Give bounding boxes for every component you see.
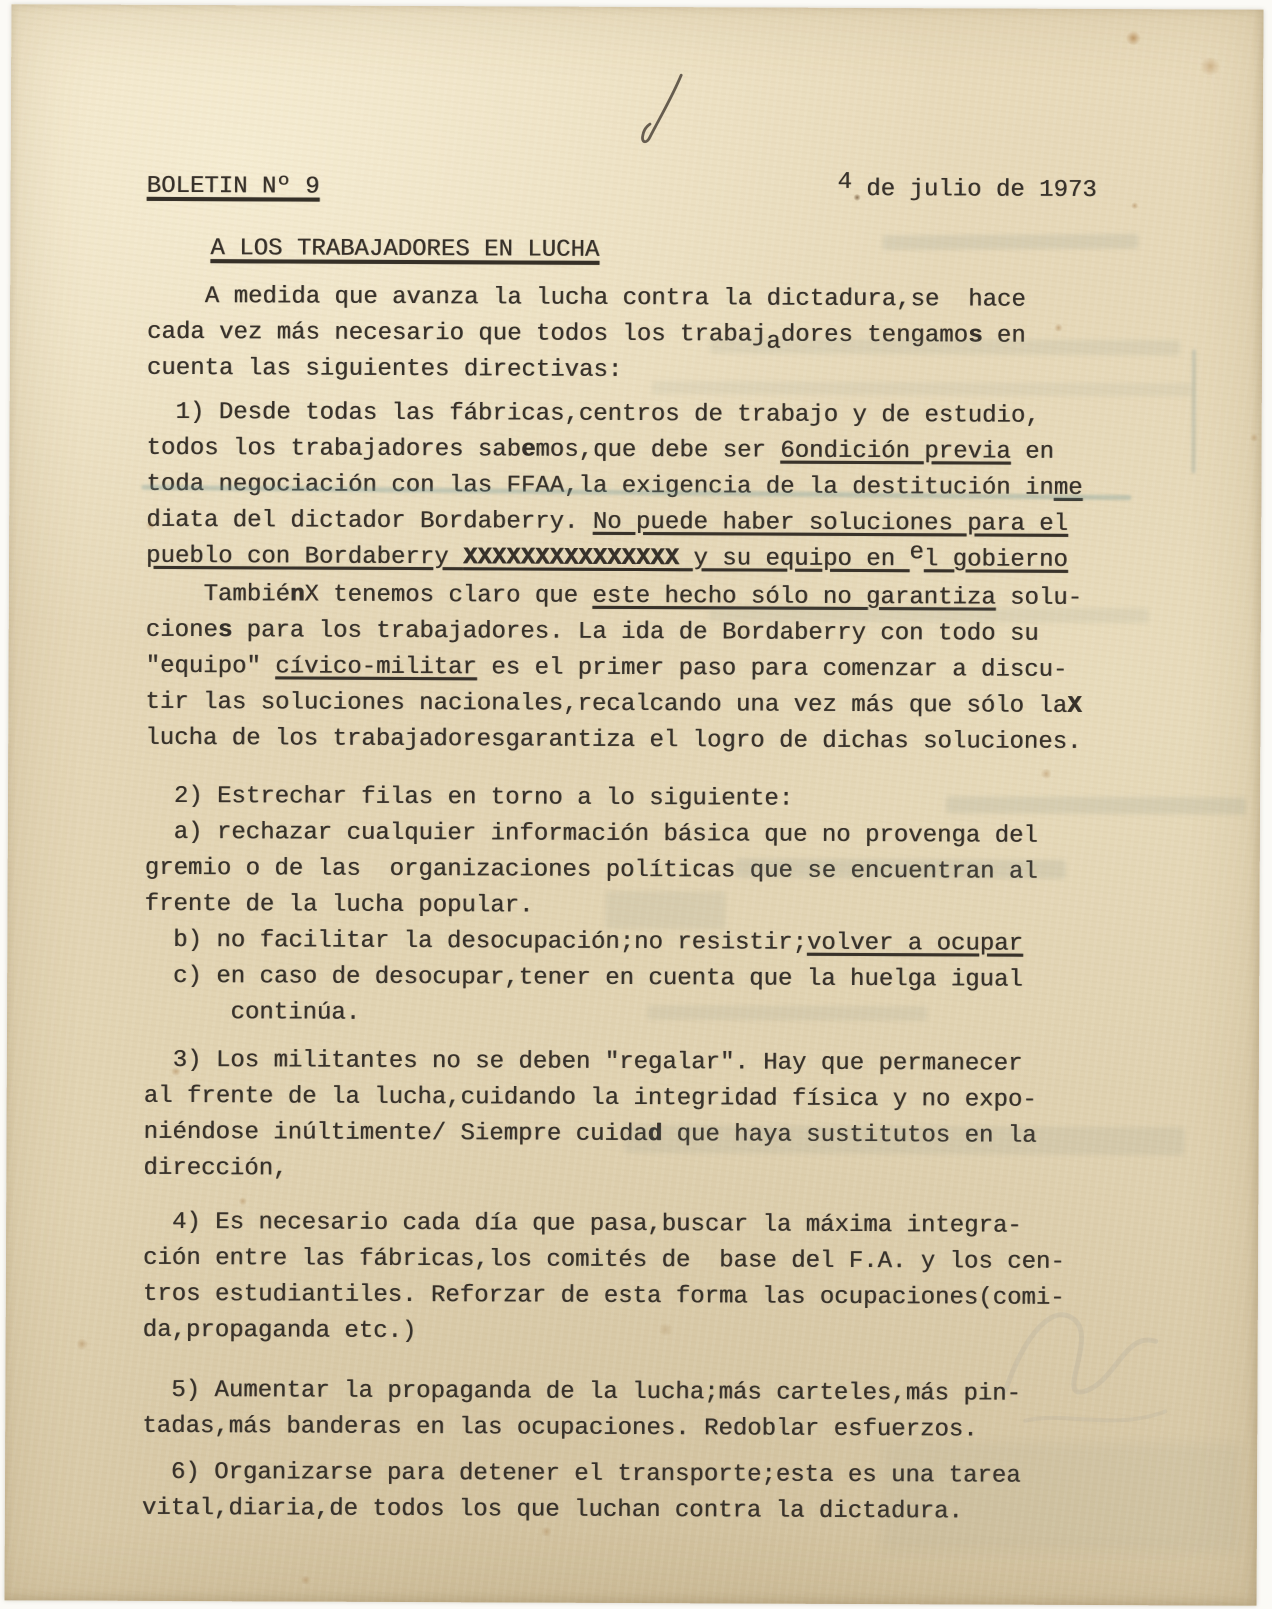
paper-stain	[238, 1197, 247, 1205]
bulletin-number: BOLETIN Nº 9	[147, 169, 320, 206]
bleedthrough-smudge	[605, 891, 725, 930]
typewritten-line: al frente de la lucha,cuidando la integr…	[144, 1079, 1259, 1120]
typewritten-line: tir las soluciones nacionales,recalcando…	[145, 685, 1260, 726]
typewritten-line: a) rechazar cualquier información básica…	[145, 815, 1260, 856]
paper-stain	[1054, 324, 1063, 332]
typewritten-line: 4) Es necesario cada día que pasa,buscar…	[143, 1205, 1258, 1246]
paper-stain	[1125, 31, 1141, 45]
typewritten-line: gremio o de las organizaciones políticas…	[145, 851, 1260, 892]
scan-background: BOLETIN Nº 9 4 de julio de 1973 A LOS TR…	[0, 0, 1272, 1609]
bleedthrough-smudge	[652, 381, 1192, 396]
paper-stain	[541, 1527, 552, 1537]
paper-stain	[1199, 57, 1221, 75]
date-day: 4	[837, 165, 852, 201]
paper-stain	[1250, 434, 1259, 442]
paper-stain	[171, 1067, 181, 1076]
date-rest: de julio de 1973	[852, 176, 1097, 204]
typewritten-line: A medida que avanza la lucha contra la d…	[147, 279, 1262, 320]
paper-stain	[145, 521, 155, 530]
document-page: BOLETIN Nº 9 4 de julio de 1973 A LOS TR…	[5, 4, 1264, 1605]
bleedthrough-smudge	[736, 858, 1066, 878]
paper-stain	[1131, 202, 1139, 209]
typewritten-line: "equipo" cívico-militar es el primer pas…	[146, 649, 1261, 690]
typewritten-line: dirección,	[143, 1151, 1258, 1192]
bleedthrough-smudge	[946, 796, 1246, 814]
handwritten-checkmark-icon	[617, 65, 695, 161]
bleedthrough-smudge	[882, 234, 1138, 251]
document-date: 4 de julio de 1973	[837, 172, 1096, 209]
typewritten-line: lucha de los trabajadoresgarantiza el lo…	[145, 721, 1260, 762]
ghost-scribble	[965, 1260, 1266, 1461]
bleedthrough-smudge	[647, 1005, 927, 1021]
paper-stain	[658, 1323, 674, 1336]
paper-stain	[301, 1576, 311, 1585]
paper-stain	[1040, 769, 1052, 779]
bleedthrough-smudge	[709, 606, 1149, 623]
typewritten-line: todos los trabajadores sabemos,que debe …	[146, 431, 1261, 472]
typewritten-line: pueblo con Bordaberry XXXXXXXXXXXXXXX y …	[146, 539, 1261, 580]
typewritten-line: diata del dictador Bordaberry. No puede …	[146, 503, 1261, 544]
typewritten-line: c) en caso de desocupar,tener en cuenta …	[144, 959, 1259, 1000]
document-title: A LOS TRABAJADORES EN LUCHA	[210, 231, 599, 269]
bleedthrough-smudge	[624, 1125, 1184, 1155]
paper-stain	[76, 1339, 89, 1350]
typewritten-line: 1) Desde todas las fábricas,centros de t…	[147, 395, 1262, 436]
paper-stain	[854, 194, 861, 201]
typewritten-line: 3) Los militantes no se deben "regalar".…	[144, 1043, 1259, 1084]
bleedthrough-line	[1191, 349, 1196, 473]
